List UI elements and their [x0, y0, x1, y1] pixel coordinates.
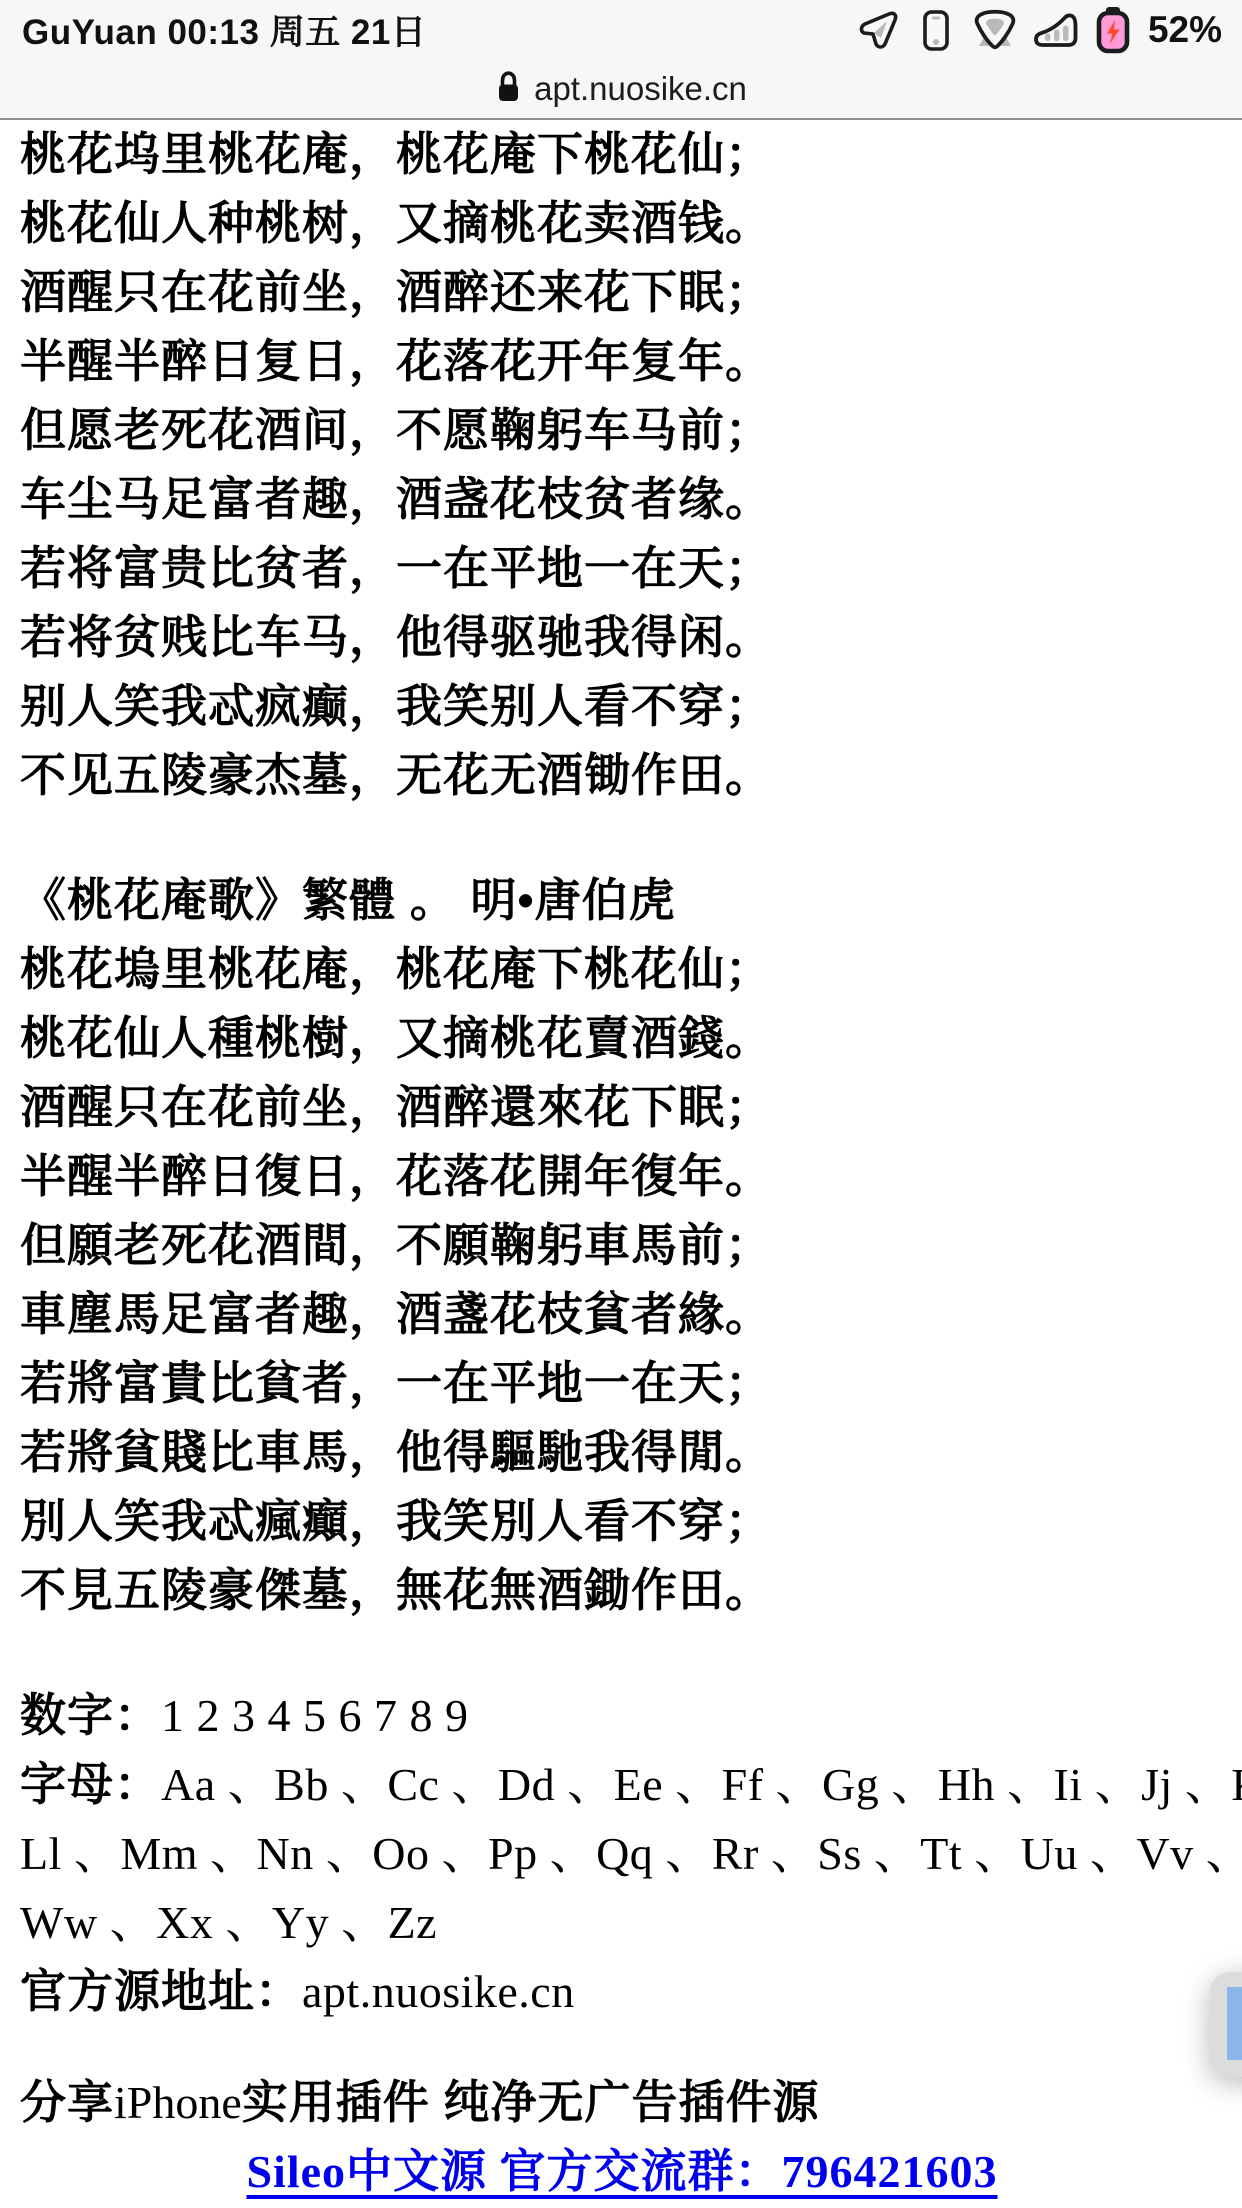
poem-line: 若将贫贱比车马，他得驱驰我得闲。 [20, 603, 1224, 672]
poem-line: 桃花仙人種桃樹，又摘桃花賣酒錢。 [20, 1004, 1224, 1073]
share-suffix: 实用插件 纯净无广告插件源 [242, 2076, 820, 2128]
poem-line: 桃花仙人种桃树，又摘桃花卖酒钱。 [20, 189, 1224, 258]
section-gap [20, 1625, 1224, 1681]
poem-line: 车尘马足富者趣，酒盏花枝贫者缘。 [20, 465, 1224, 534]
poem-line: 若将富贵比贫者，一在平地一在天； [20, 534, 1224, 603]
poem-line: 若將富貴比貧者，一在平地一在天； [20, 1349, 1224, 1418]
link-line: Sileo中文源 官方交流群：796421603 [20, 2137, 1224, 2206]
poem-simplified: 桃花坞里桃花庵，桃花庵下桃花仙； 桃花仙人种桃树，又摘桃花卖酒钱。 酒醒只在花前… [20, 120, 1224, 810]
sileo-group-link[interactable]: Sileo中文源 官方交流群：796421603 [246, 2146, 997, 2197]
poem-line: 桃花塢里桃花庵，桃花庵下桃花仙； [20, 935, 1224, 1004]
numbers-value: 1 2 3 4 5 6 7 8 9 [161, 1690, 469, 1741]
letters-line-2: Ll 、Mm 、Nn 、Oo 、Pp 、Qq 、Rr 、Ss 、Tt 、Uu 、… [20, 1819, 1224, 1888]
status-carrier-time: GuYuan 00:13 周五 21日 [22, 5, 426, 55]
source-value: apt.nuosike.cn [302, 1966, 575, 2017]
status-bar: GuYuan 00:13 周五 21日 [0, 0, 1242, 60]
poem-line: 車塵馬足富者趣，酒盞花枝貧者緣。 [20, 1280, 1224, 1349]
floating-edge-widget-thumb [1227, 1987, 1242, 2060]
poem-traditional-heading: 《桃花庵歌》繁體 。 明•唐伯虎 [20, 866, 1224, 935]
lock-icon [495, 70, 522, 109]
source-label: 官方源地址： [20, 1965, 302, 2017]
battery-percent: 52% [1148, 9, 1222, 51]
source-line: 官方源地址：apt.nuosike.cn [20, 1957, 1224, 2026]
poem-line: 別人笑我忒瘋癲，我笑別人看不穿； [20, 1487, 1224, 1556]
poem-line: 半醒半醉日復日，花落花開年復年。 [20, 1142, 1224, 1211]
letters-label: 字母： [20, 1758, 161, 1810]
share-en: iPhone [114, 2077, 242, 2128]
poem-line: 酒醒只在花前坐，酒醉还来花下眠； [20, 258, 1224, 327]
poem-line: 若將貧賤比車馬，他得驅馳我得閒。 [20, 1418, 1224, 1487]
share-line: 分享iPhone实用插件 纯净无广告插件源 [20, 2068, 1224, 2137]
poem-line: 桃花坞里桃花庵，桃花庵下桃花仙； [20, 120, 1224, 189]
web-page-content: 桃花坞里桃花庵，桃花庵下桃花仙； 桃花仙人种桃树，又摘桃花卖酒钱。 酒醒只在花前… [0, 120, 1242, 2206]
url-host: apt.nuosike.cn [534, 70, 747, 108]
orientation-lock-icon [914, 8, 958, 52]
poem-traditional: 《桃花庵歌》繁體 。 明•唐伯虎 桃花塢里桃花庵，桃花庵下桃花仙； 桃花仙人種桃… [20, 866, 1224, 1625]
vpn-shield-icon [971, 8, 1019, 52]
poem-line: 酒醒只在花前坐，酒醉還來花下眠； [20, 1073, 1224, 1142]
poem-line: 但愿老死花酒间，不愿鞠躬车马前； [20, 396, 1224, 465]
poem-line: 但願老死花酒間，不願鞠躬車馬前； [20, 1211, 1224, 1280]
battery-charging-icon [1093, 5, 1133, 55]
numbers-line: 数字：1 2 3 4 5 6 7 8 9 [20, 1681, 1224, 1750]
share-prefix: 分享 [20, 2076, 114, 2128]
poem-line: 不見五陵豪傑墓，無花無酒鋤作田。 [20, 1556, 1224, 1625]
numbers-label: 数字： [20, 1689, 161, 1741]
cellular-signal-icon [1032, 9, 1080, 51]
poem-line: 不见五陵豪杰墓，无花无酒锄作田。 [20, 741, 1224, 810]
location-arrow-icon [857, 8, 901, 52]
address-bar[interactable]: apt.nuosike.cn [0, 60, 1242, 120]
poem-line: 半醒半醉日复日，花落花开年复年。 [20, 327, 1224, 396]
letters-line-3: Ww 、Xx 、Yy 、Zz [20, 1888, 1224, 1957]
iphone-screen: GuYuan 00:13 周五 21日 [0, 0, 1242, 2208]
status-icons: 52% [857, 5, 1222, 55]
poem-line: 别人笑我忒疯癫，我笑别人看不穿； [20, 672, 1224, 741]
section-gap [20, 2026, 1224, 2068]
letters-row: Aa 、Bb 、Cc 、Dd 、Ee 、Ff 、Gg 、Hh 、Ii 、Jj 、… [161, 1759, 1242, 1810]
section-gap [20, 810, 1224, 866]
letters-line-1: 字母：Aa 、Bb 、Cc 、Dd 、Ee 、Ff 、Gg 、Hh 、Ii 、J… [20, 1750, 1224, 1819]
floating-edge-widget[interactable] [1210, 1972, 1242, 2077]
